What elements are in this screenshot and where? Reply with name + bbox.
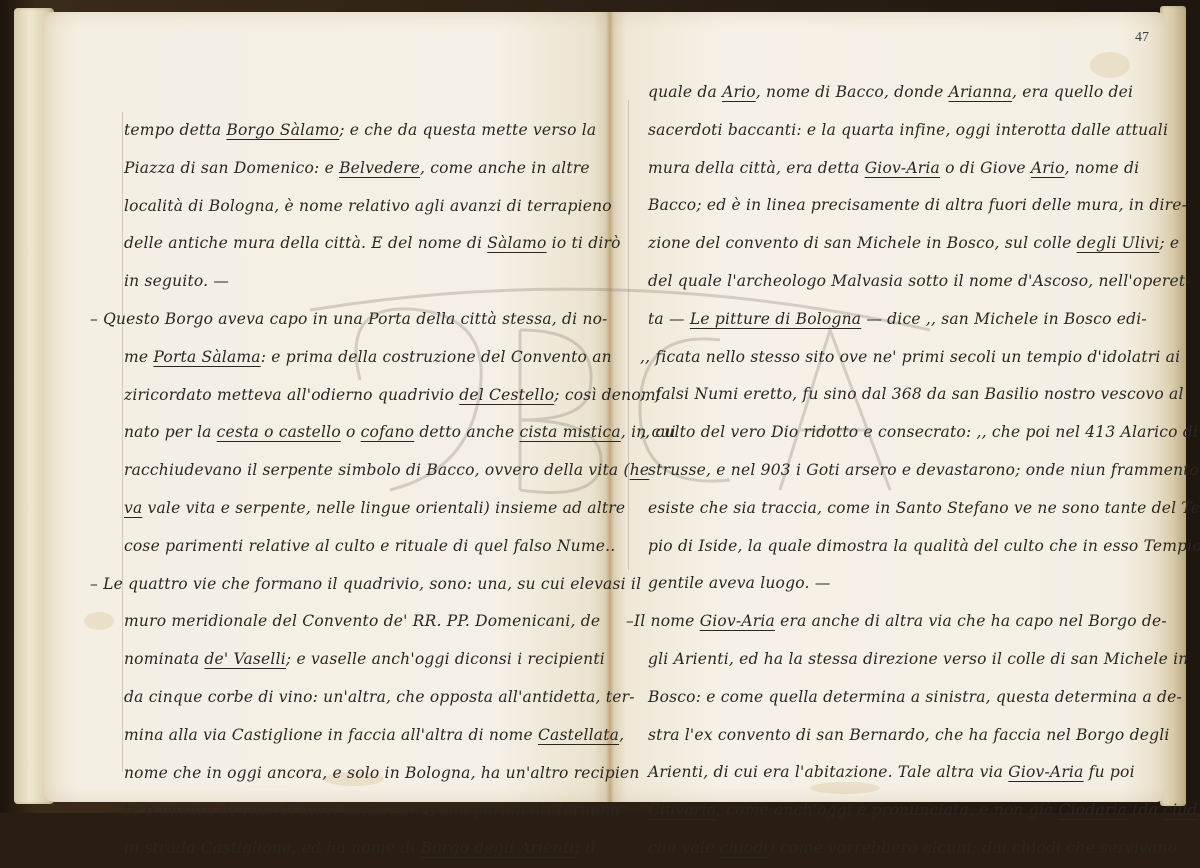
manuscript-line: nato per la cesta o castello o cofano de… bbox=[90, 414, 610, 452]
manuscript-line: località di Bologna, è nome relativo agl… bbox=[90, 188, 610, 226]
manuscript-line: Ciuvaria, come anch'oggi è pronunciata, … bbox=[640, 792, 1160, 813]
manuscript-line: – Questo Borgo aveva capo in una Porta d… bbox=[90, 301, 610, 339]
manuscript-line: cose parimenti relative al culto e ritua… bbox=[90, 528, 610, 566]
manuscript-line: ta — Le pitture di Bologna — dice ,, san… bbox=[640, 301, 1160, 339]
manuscript-line: mina alla via Castiglione in faccia all'… bbox=[90, 717, 610, 755]
manuscript-line: stra l'ex convento di san Bernardo, che … bbox=[640, 717, 1160, 755]
manuscript-line: strusse, e nel 903 i Goti arsero e devas… bbox=[640, 452, 1160, 490]
manuscript-line: esiste che sia traccia, come in Santo St… bbox=[640, 490, 1160, 528]
manuscript-line: quale da Ario, nome di Bacco, donde Aria… bbox=[640, 74, 1160, 112]
manuscript-line: –Il nome Giov-Aria era anche di altra vi… bbox=[626, 603, 1160, 641]
manuscript-line: gli Arienti, ed ha la stessa direzione v… bbox=[640, 641, 1160, 679]
manuscript-line: ,, culto del vero Dio ridotto e consecra… bbox=[640, 414, 1160, 452]
manuscript-line: nome che in oggi ancora, e solo in Bolog… bbox=[90, 755, 610, 793]
manuscript-line: racchiudevano il serpente simbolo di Bac… bbox=[90, 452, 610, 490]
manuscript-line: ziricordato metteva all'odierno quadrivi… bbox=[90, 377, 610, 415]
manuscript-line: mura della città, era detta Giov-Aria o … bbox=[640, 150, 1160, 188]
manuscript-line: in seguito. — bbox=[90, 263, 610, 301]
manuscript-line: del quale l'archeologo Malvasia sotto il… bbox=[640, 263, 1160, 301]
manuscript-line: muro meridionale del Convento de' RR. PP… bbox=[90, 603, 610, 641]
manuscript-line: me Porta Sàlama: e prima della costruzio… bbox=[90, 339, 610, 377]
right-page-text: quale da Ario, nome di Bacco, donde Aria… bbox=[640, 74, 1160, 813]
manuscript-line: – Le quattro vie che formano il quadrivi… bbox=[90, 566, 610, 604]
manuscript-line: sacerdoti baccanti: e la quarta infine, … bbox=[640, 112, 1160, 150]
manuscript-line: tempo detta Borgo Sàlamo; e che da quest… bbox=[90, 112, 610, 150]
manuscript-line: delle antiche mura della città. E del no… bbox=[90, 225, 610, 263]
manuscript-line: da cinque corbe di vino: un'altra, che o… bbox=[90, 679, 610, 717]
manuscript-line: ,, falsi Numi eretto, fu sino dal 368 da… bbox=[640, 376, 1160, 414]
left-page-text: tempo detta Borgo Sàlamo; e che da quest… bbox=[90, 112, 610, 813]
manuscript-line: va vale vita e serpente, nelle lingue or… bbox=[90, 490, 610, 528]
manuscript-line: Arienti, di cui era l'abitazione. Tale a… bbox=[640, 754, 1160, 792]
manuscript-line: Bosco: e come quella determina a sinistr… bbox=[640, 679, 1160, 717]
manuscript-line: zione del convento di san Michele in Bos… bbox=[640, 225, 1160, 263]
manuscript-line: pio di Iside, la quale dimostra la quali… bbox=[640, 528, 1160, 566]
manuscript-line: ,, ficata nello stesso sito ove ne' prim… bbox=[640, 339, 1160, 377]
manuscript-line: te o misura di vino di dieci corbe: una,… bbox=[90, 792, 610, 813]
page-number: 47 bbox=[1135, 30, 1149, 46]
manuscript-line: nominata de' Vaselli; e vaselle anch'ogg… bbox=[90, 641, 610, 679]
manuscript-line: gentile aveva luogo. — bbox=[640, 565, 1160, 603]
manuscript-line: Bacco; ed è in linea precisamente di alt… bbox=[640, 187, 1160, 225]
right-margin-rule bbox=[628, 100, 629, 570]
open-book: 47 tempo detta Borgo Sàlamo; e che da qu… bbox=[0, 0, 1200, 813]
manuscript-line: Piazza di san Domenico: e Belvedere, com… bbox=[90, 150, 610, 188]
